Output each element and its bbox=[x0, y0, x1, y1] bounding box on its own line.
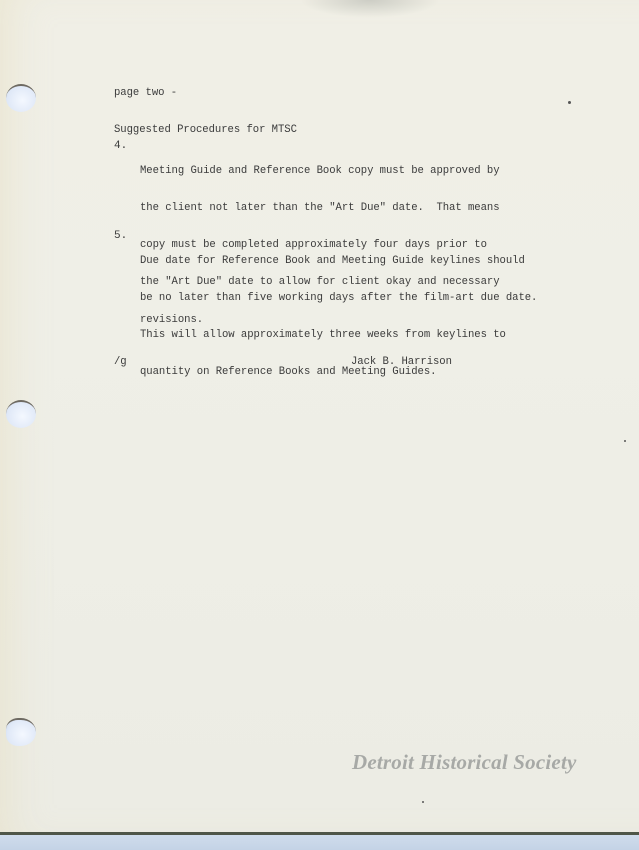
watermark: Detroit Historical Society bbox=[352, 750, 577, 775]
item-number: 4. bbox=[114, 140, 127, 152]
paragraph-line: be no later than five working days after… bbox=[140, 292, 537, 304]
page-shadow bbox=[300, 0, 440, 18]
binder-hole-bottom bbox=[6, 718, 36, 746]
scan-background bbox=[0, 835, 639, 850]
paper-speck bbox=[422, 801, 424, 803]
paragraph-line: Due date for Reference Book and Meeting … bbox=[140, 255, 537, 267]
typist-initials: /g bbox=[114, 356, 127, 368]
header-title: Suggested Procedures for MTSC bbox=[114, 124, 297, 136]
signature-name: Jack B. Harrison bbox=[351, 356, 452, 368]
paragraph-line: Meeting Guide and Reference Book copy mu… bbox=[140, 165, 500, 177]
paragraph-line: This will allow approximately three week… bbox=[140, 329, 537, 341]
paragraph-line: the client not later than the "Art Due" … bbox=[140, 202, 500, 214]
binder-hole-top bbox=[6, 84, 36, 112]
paragraph-line: quantity on Reference Books and Meeting … bbox=[140, 366, 537, 378]
paper-speck bbox=[568, 101, 571, 104]
document-page: page two - Suggested Procedures for MTSC… bbox=[0, 0, 639, 835]
paper-speck bbox=[624, 440, 626, 442]
binder-hole-middle bbox=[6, 400, 36, 428]
header-page-number: page two - bbox=[114, 87, 297, 99]
item-paragraph: Due date for Reference Book and Meeting … bbox=[140, 230, 537, 404]
item-number: 5. bbox=[114, 230, 127, 242]
